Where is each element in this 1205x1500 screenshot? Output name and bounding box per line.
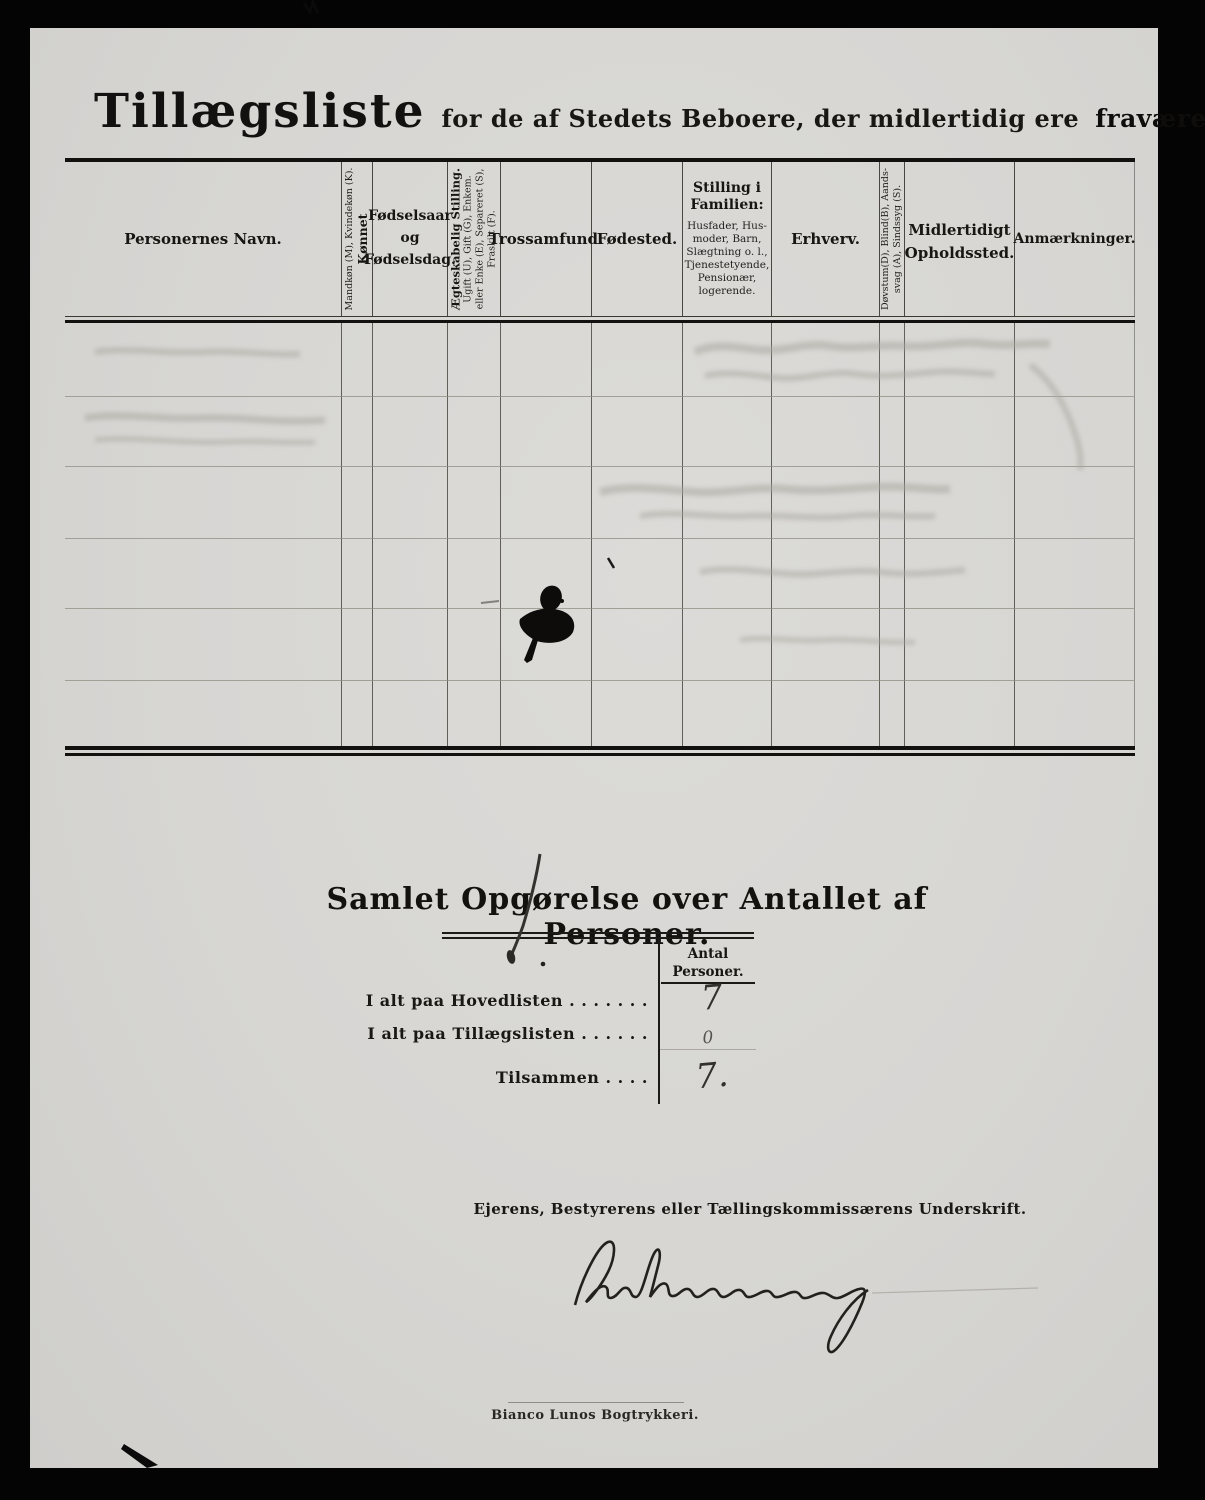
table-cell [683,538,772,608]
summary-row-tillaegslisten-value-handwritten: 0 [677,1025,739,1050]
table-cell [880,323,905,396]
table-cell [880,466,905,538]
table-cell [501,608,592,680]
table-cell [592,466,683,538]
column-header-name: Personernes Navn. [65,162,342,316]
table-cell [501,680,592,746]
table-cell [1015,538,1135,608]
table-cell [772,323,880,396]
summary-row-tilsammen-value-handwritten: 7. [680,1053,743,1098]
scanned-document: Tillægsliste for de af Stedets Beboere, … [0,0,1205,1500]
summary-sum-rule [660,1049,756,1050]
table-cell [683,466,772,538]
table-cell [373,323,448,396]
table-cell [905,466,1015,538]
summary-table-vertical-rule [658,938,660,1104]
table-cell [772,680,880,746]
column-header-birthplace: Fødested. [592,162,683,316]
table-cell [342,538,373,608]
summary-row-tillaegslisten-label: I alt paa Tillægslisten . . . . . . [318,1024,648,1043]
table-cell [448,680,501,746]
column-header-family-position: Stilling i Familien: Husfader, Hus- mode… [683,162,772,316]
table-cell [373,538,448,608]
table-cell [592,538,683,608]
table-cell [373,608,448,680]
table-body [65,323,1135,746]
table-cell [592,396,683,466]
printer-imprint: Bianco Lunos Bogtrykkeri. [450,1408,740,1423]
table-cell [65,608,342,680]
table-cell [342,608,373,680]
table-cell [342,466,373,538]
table-cell [592,323,683,396]
table-row [65,466,1135,538]
table-cell [880,538,905,608]
table-cell [772,538,880,608]
table-cell [1015,608,1135,680]
column-header-disabilities: Døvstum(D), Blind(B), Aands- svag (A), S… [880,162,905,316]
column-header-religion: Trossamfund. [501,162,592,316]
table-cell [1015,466,1135,538]
summary-row-hovedlisten-label: I alt paa Hovedlisten . . . . . . . [318,991,648,1010]
census-table: Personernes Navn. Mandkøn (M), Kvindekøn… [65,158,1135,756]
table-cell [1015,680,1135,746]
column-header-temporary-residence: Midlertidigt Opholdssted. [905,162,1015,316]
table-cell [683,680,772,746]
table-cell [880,396,905,466]
table-cell [65,680,342,746]
table-cell [880,608,905,680]
table-cell [65,323,342,396]
table-cell [342,680,373,746]
table-cell [373,466,448,538]
table-cell [592,680,683,746]
table-cell [448,323,501,396]
column-header-remarks: Anmærkninger. [1015,162,1135,316]
document-title-row: Tillægsliste for de af Stedets Beboere, … [94,84,1114,139]
table-cell [501,396,592,466]
table-bottom-rule-1 [65,746,1135,750]
table-cell [501,323,592,396]
document-title: Tillægsliste [94,84,425,139]
column-header-birth: Fødselsaar og Fødselsdag. [373,162,448,316]
table-cell [592,608,683,680]
table-cell [448,538,501,608]
summary-heading: Samlet Opgørelse over Antallet af Person… [270,882,984,952]
printer-rule [508,1402,684,1403]
table-cell [448,396,501,466]
table-cell [342,396,373,466]
summary-row-hovedlisten-value-handwritten: 7 [680,975,743,1020]
table-cell [772,466,880,538]
column-header-sex: Mandkøn (M), Kvindekøn (K). Kønnet [342,162,373,316]
table-cell [65,466,342,538]
table-cell [1015,323,1135,396]
table-bottom-rule-2 [65,753,1135,756]
table-cell [501,466,592,538]
column-header-occupation: Erhverv. [772,162,880,316]
table-cell [772,608,880,680]
table-cell [373,396,448,466]
document-subtitle: for de af Stedets Beboere, der midlertid… [441,104,1079,133]
document-subtitle-emphasis: fraværende. [1095,104,1205,133]
table-cell [65,396,342,466]
table-cell [905,608,1015,680]
table-cell [501,538,592,608]
table-cell [65,538,342,608]
summary-row-tilsammen-label: Tilsammen . . . . [318,1068,648,1087]
summary-heading-double-rule [442,932,754,939]
table-row [65,396,1135,466]
table-cell [905,323,1015,396]
paper-page: Tillægsliste for de af Stedets Beboere, … [30,28,1158,1468]
table-cell [1015,396,1135,466]
header-bottom-thin-rule [65,316,1135,317]
signature-caption: Ejerens, Bestyrerens eller Tællingskommi… [450,1200,1050,1218]
top-edge-ink-mark [304,2,318,13]
table-cell [905,396,1015,466]
table-cell [448,466,501,538]
table-cell [905,680,1015,746]
table-row [65,608,1135,680]
table-cell [342,323,373,396]
table-cell [683,608,772,680]
table-cell [683,396,772,466]
table-cell [880,680,905,746]
table-row [65,538,1135,608]
table-row [65,680,1135,746]
column-header-sex-label: Kønnet [356,163,370,315]
table-cell [683,323,772,396]
table-cell [772,396,880,466]
table-cell [905,538,1015,608]
table-header-row: Personernes Navn. Mandkøn (M), Kvindekøn… [65,162,1135,316]
table-row [65,323,1135,396]
table-cell [448,608,501,680]
table-cell [373,680,448,746]
